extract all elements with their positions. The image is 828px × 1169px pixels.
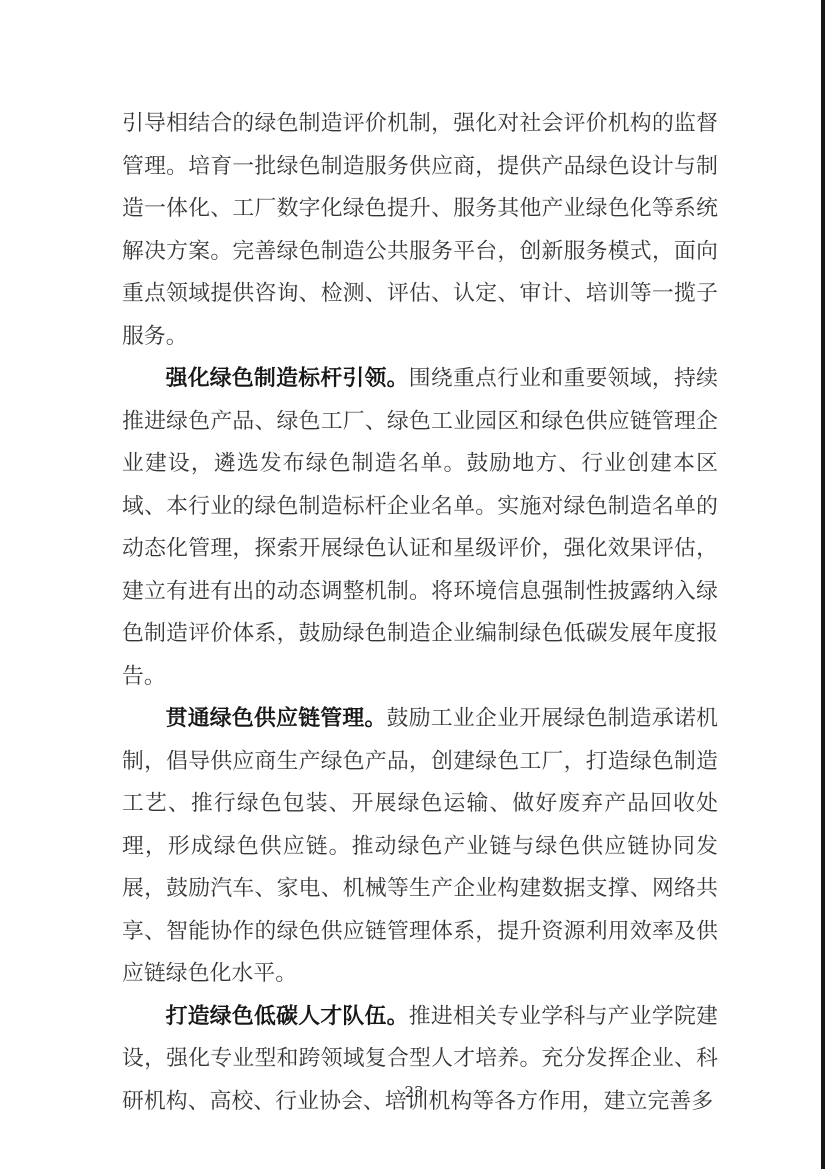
paragraph: 强化绿色制造标杆引领。围绕重点行业和重要领域，持续推进绿色产品、绿色工厂、绿色工… [122, 358, 718, 698]
scan-edge-line [821, 0, 825, 1169]
paragraph-text: 引导相结合的绿色制造评价机制，强化对社会评价机构的监督管理。培育一批绿色制造服务… [122, 111, 718, 349]
paragraph-lead: 贯通绿色供应链管理。 [166, 706, 387, 731]
paragraph-text: 鼓励工业企业开展绿色制造承诺机制，倡导供应商生产绿色产品，创建绿色工厂，打造绿色… [122, 706, 718, 986]
body-text-block: 引导相结合的绿色制造评价机制，强化对社会评价机构的监督管理。培育一批绿色制造服务… [122, 103, 718, 1123]
paragraph: 打造绿色低碳人才队伍。推进相关专业学科与产业学院建设，强化专业型和跨领域复合型人… [122, 996, 718, 1124]
paragraph: 贯通绿色供应链管理。鼓励工业企业开展绿色制造承诺机制，倡导供应商生产绿色产品，创… [122, 698, 718, 996]
paragraph: 引导相结合的绿色制造评价机制，强化对社会评价机构的监督管理。培育一批绿色制造服务… [122, 103, 718, 358]
page-number: 23 [0, 1083, 828, 1101]
paragraph-lead: 打造绿色低碳人才队伍。 [166, 1004, 409, 1029]
paragraph-lead: 强化绿色制造标杆引领。 [166, 366, 409, 391]
document-page: 引导相结合的绿色制造评价机制，强化对社会评价机构的监督管理。培育一批绿色制造服务… [0, 0, 828, 1169]
paragraph-text: 围绕重点行业和重要领域，持续推进绿色产品、绿色工厂、绿色工业园区和绿色供应链管理… [122, 366, 718, 689]
